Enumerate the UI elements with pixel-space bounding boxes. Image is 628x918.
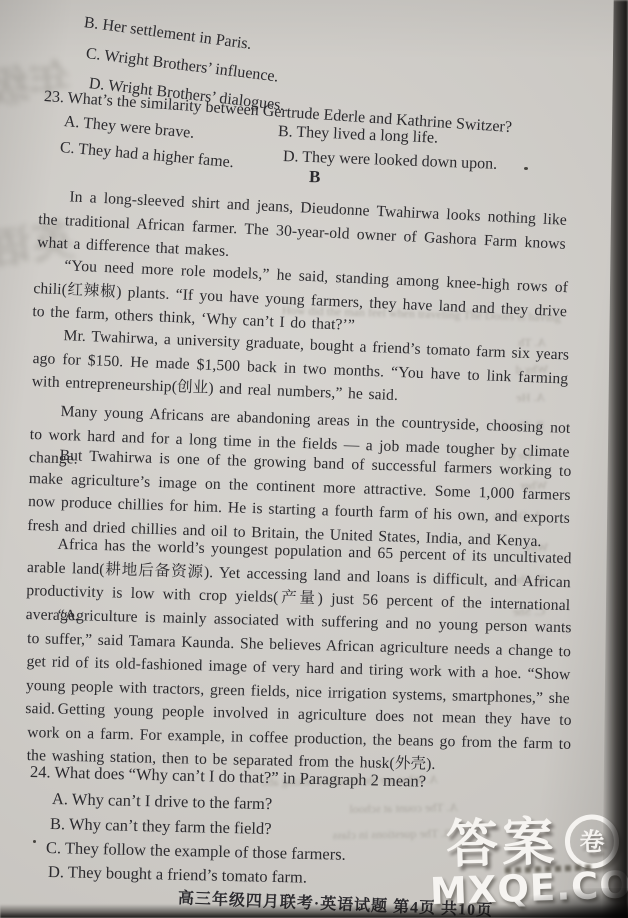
photo-corner-shadow — [458, 888, 628, 918]
photo-edge-shadow-right — [602, 0, 628, 918]
bleedthrough-artifact: A. The count at school — [349, 800, 458, 817]
q24-option-b: B. Why can’t they farm the field? — [50, 814, 272, 839]
passage-section-label: B — [309, 167, 321, 187]
ink-speck — [524, 167, 528, 170]
ink-speck — [33, 840, 36, 843]
q24-option-d: D. They bought a friend’s tomato farm. — [48, 862, 307, 888]
exam-page-photo: 年级 英语 How did the man feel when travelin… — [0, 0, 628, 918]
q24-option-c: C. They follow the example of those farm… — [46, 838, 346, 865]
q23-option-c: C. They had a higher fame. — [59, 139, 234, 172]
q24-option-a: A. Why can’t I drive to the farm? — [52, 789, 273, 814]
q23-option-a: A. They were brave. — [63, 113, 195, 143]
logo-brand-text: 答案 — [445, 816, 558, 871]
bleedthrough-artifact: B. The questions in class — [332, 826, 452, 843]
